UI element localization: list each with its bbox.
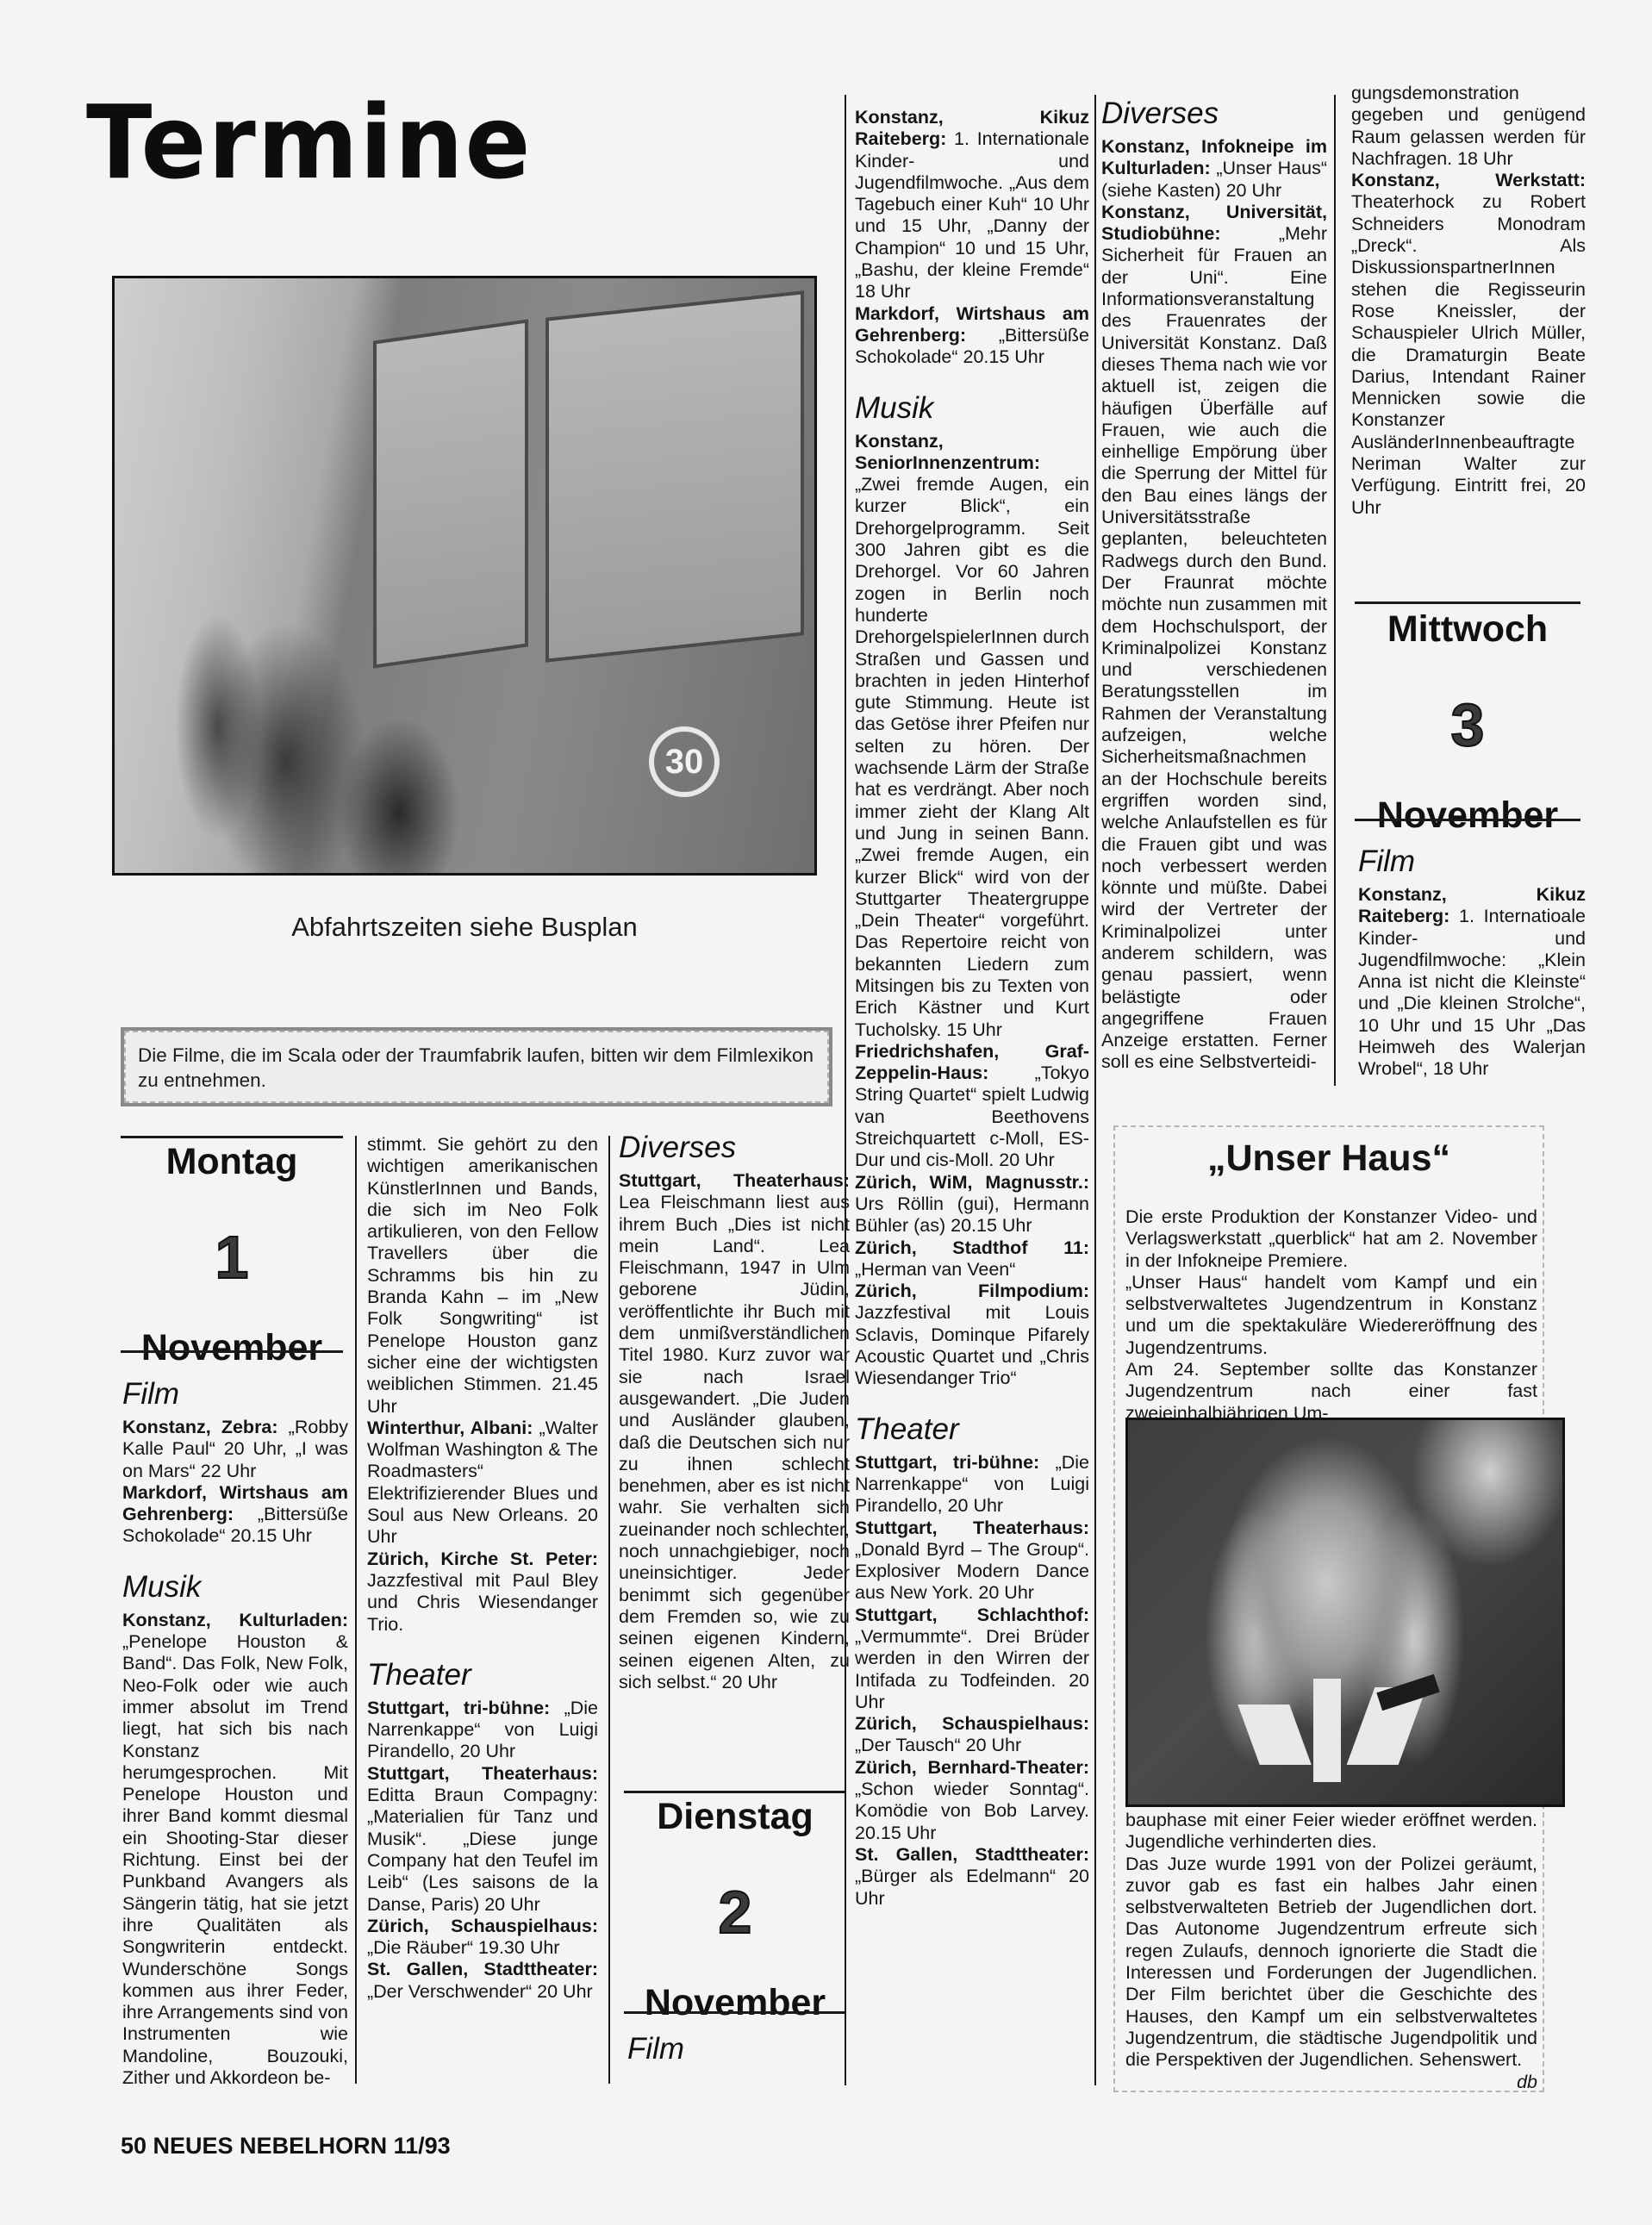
event-entry: Konstanz, Kikuz Raiteberg: 1. Internatio…: [855, 107, 1089, 303]
divider: [624, 2011, 846, 2014]
month: November: [624, 1980, 846, 2025]
divider: [121, 1350, 343, 1353]
column-6: gungsdemonstration gegeben und genügend …: [1351, 83, 1586, 519]
event-entry: Stuttgart, Theaterhaus: „Donald Byrd – T…: [855, 1518, 1089, 1605]
event-text: stimmt. Sie gehört zu den wichtigen amer…: [367, 1134, 598, 1417]
column-6-lower: Film Konstanz, Kikuz Raiteberg: 1. Inter…: [1358, 845, 1586, 1081]
event-venue: Konstanz, Zebra:: [122, 1417, 278, 1437]
section-heading-theater: Theater: [367, 1658, 598, 1692]
event-venue: St. Gallen, Stadttheater:: [367, 1959, 598, 1979]
event-venue: Stuttgart, Theaterhaus:: [855, 1518, 1089, 1538]
column-rule: [845, 95, 846, 2085]
day-header-tuesday: Dienstag 2 November: [624, 1794, 846, 2025]
column-1: Film Konstanz, Zebra: „Robby Kalle Paul“…: [122, 1377, 348, 2089]
event-entry: Zürich, Stadthof 11: „Herman van Veen“: [855, 1237, 1089, 1281]
section-heading-theater: Theater: [855, 1412, 1089, 1447]
event-entry: Konstanz, Kikuz Raiteberg: 1. Internatio…: [1358, 884, 1586, 1081]
section-heading-film: Film: [122, 1377, 348, 1412]
page-title: Termine: [86, 92, 533, 194]
event-entry: Zürich, WiM, Magnusstr.: Urs Röllin (gui…: [855, 1172, 1089, 1237]
paragraph: Das Juze wurde 1991 von der Polizei gerä…: [1125, 1854, 1537, 2072]
event-venue: Konstanz, Kulturladen:: [122, 1610, 348, 1630]
column-3-tail: Film: [627, 2032, 850, 2072]
event-text: „Mehr Sicherheit für Frauen an der Uni“.…: [1101, 223, 1327, 1072]
day-number: 3: [1355, 688, 1580, 762]
photo-caption: Abfahrtszeiten siehe Busplan: [112, 912, 817, 943]
event-entry: Zürich, Kirche St. Peter: Jazzfestival m…: [367, 1549, 598, 1636]
divider: [121, 1136, 343, 1138]
portrait-photo: [1125, 1418, 1565, 1807]
section-heading-film: Film: [627, 2032, 850, 2066]
weekday: Mittwoch: [1355, 607, 1580, 651]
event-entry: Konstanz, Kulturladen: „Penelope Houston…: [122, 1610, 348, 2090]
event-entry: Konstanz, Werkstatt: Theaterhock zu Robe…: [1351, 170, 1586, 519]
event-venue: Zürich, WiM, Magnusstr.:: [855, 1172, 1089, 1193]
event-entry: Markdorf, Wirtshaus am Gehrenberg: „Bitt…: [855, 303, 1089, 369]
section-heading-diverses: Diverses: [1101, 97, 1327, 131]
event-entry: Stuttgart, Schlachthof: „Vermummte“. Dre…: [855, 1605, 1089, 1713]
event-entry: Stuttgart, Theaterhaus: Lea Fleischmann …: [619, 1170, 850, 1693]
event-text: Urs Röllin (gui), Hermann Bühler (as) 20…: [855, 1194, 1089, 1236]
event-entry: Winterthur, Albani: „Walter Wolfman Wash…: [367, 1418, 598, 1549]
divider: [1355, 819, 1580, 821]
bus-photo: 30: [112, 276, 817, 876]
event-entry-continued: stimmt. Sie gehört zu den wichtigen amer…: [367, 1134, 598, 1418]
event-text: „Bürger als Edelmann“ 20 Uhr: [855, 1866, 1089, 1908]
event-entry: Stuttgart, tri-bühne: „Die Narrenkappe“ …: [367, 1698, 598, 1763]
event-text: Editta Braun Compagny: „Materialien für …: [367, 1785, 598, 1914]
event-text: „Der Tausch“ 20 Uhr: [855, 1735, 1021, 1755]
event-venue: Zürich, Schauspielhaus:: [855, 1713, 1089, 1734]
event-venue: Stuttgart, tri-bühne:: [855, 1452, 1039, 1473]
column-rule: [608, 1136, 610, 2084]
event-entry: Zürich, Filmpodium: Jazzfestival mit Lou…: [855, 1281, 1089, 1389]
column-5: Diverses Konstanz, Infokneipe im Kulturl…: [1101, 97, 1327, 1074]
event-entry: Zürich, Schauspielhaus: „Die Räuber“ 19.…: [367, 1916, 598, 1960]
event-text: „Zwei fremde Augen, ein kurzer Blick“, e…: [855, 474, 1089, 1039]
paragraph: Die erste Produktion der Konstanzer Vide…: [1125, 1206, 1537, 1272]
paragraph-text: Das Juze wurde 1991 von der Polizei gerä…: [1125, 1854, 1537, 2071]
event-venue: Konstanz, SeniorInnenzentrum:: [855, 431, 1040, 473]
column-rule: [1094, 95, 1096, 2085]
weekday: Dienstag: [624, 1794, 846, 1839]
event-entry-continued: gungsdemonstration gegeben und genügend …: [1351, 83, 1586, 170]
event-text: 1. Internatioale Kinder- und Jugendfilmw…: [1358, 906, 1586, 1079]
event-venue: Zürich, Filmpodium:: [855, 1281, 1089, 1301]
event-text: „Donald Byrd – The Group“. Explosiver Mo…: [855, 1539, 1089, 1604]
column-3-lower: Diverses Stuttgart, Theaterhaus: Lea Fle…: [619, 1131, 850, 1693]
day-number: 2: [624, 1875, 846, 1949]
event-entry: Konstanz, Universität, Studiobühne: „Meh…: [1101, 202, 1327, 1074]
column-rule: [355, 1136, 357, 2084]
event-text: Jazzfestival mit Louis Sclavis, Dominque…: [855, 1302, 1089, 1388]
event-venue: Zürich, Kirche St. Peter:: [367, 1549, 598, 1569]
day-header-monday: Montag 1 November: [121, 1139, 343, 1370]
event-venue: Konstanz, Werkstatt:: [1351, 170, 1586, 190]
event-text: „Schon wieder Sonntag“. Komödie von Bob …: [855, 1779, 1089, 1843]
day-number: 1: [121, 1220, 343, 1294]
event-venue: Stuttgart, Schlachthof:: [855, 1605, 1089, 1625]
event-entry: Zürich, Schauspielhaus: „Der Tausch“ 20 …: [855, 1713, 1089, 1757]
event-text: „Vermummte“. Drei Brüder werden in den W…: [855, 1626, 1089, 1712]
event-venue: Zürich, Schauspielhaus:: [367, 1916, 598, 1936]
event-text: Lea Fleischmann liest aus ihrem Buch „Di…: [619, 1192, 850, 1692]
divider: [624, 1791, 846, 1793]
event-venue: Zürich, Stadthof 11:: [855, 1237, 1089, 1258]
divider: [1355, 601, 1580, 604]
event-entry: Markdorf, Wirtshaus am Gehrenberg: „Bitt…: [122, 1482, 348, 1548]
film-notice-box: Die Filme, die im Scala oder der Traumfa…: [121, 1027, 832, 1106]
unser-haus-body: bauphase mit einer Feier wieder eröffnet…: [1125, 1810, 1537, 2093]
event-entry: Friedrichshafen, Graf-Zeppelin-Haus: „To…: [855, 1041, 1089, 1172]
event-text: Jazzfestival mit Paul Bley und Chris Wie…: [367, 1570, 598, 1635]
bus-window: [545, 290, 804, 663]
magazine-page: Termine 30 Abfahrtszeiten siehe Busplan …: [0, 0, 1652, 2225]
section-heading-musik: Musik: [122, 1570, 348, 1605]
event-entry: Zürich, Bernhard-Theater: „Schon wieder …: [855, 1757, 1089, 1844]
section-heading-diverses: Diverses: [619, 1131, 850, 1165]
month: November: [1355, 793, 1580, 838]
event-text: „Herman van Veen“: [855, 1259, 1015, 1280]
page-footer: 50 NEUES NEBELHORN 11/93: [121, 2133, 451, 2160]
event-venue: Stuttgart, Theaterhaus:: [367, 1763, 598, 1784]
day-header-wednesday: Mittwoch 3 November: [1355, 607, 1580, 838]
month: November: [121, 1325, 343, 1370]
weekday: Montag: [121, 1139, 343, 1184]
event-text: „Penelope Houston & Band“. Das Folk, New…: [122, 1631, 348, 2088]
author-signature: db: [1517, 2072, 1537, 2093]
event-text: „Die Räuber“ 19.30 Uhr: [367, 1937, 559, 1958]
paragraph: „Unser Haus“ handelt vom Kampf und ein s…: [1125, 1272, 1537, 1359]
event-text: „Der Verschwender“ 20 Uhr: [367, 1981, 593, 2002]
event-entry: Stuttgart, Theaterhaus: Editta Braun Com…: [367, 1763, 598, 1916]
event-venue: Zürich, Bernhard-Theater:: [855, 1757, 1089, 1778]
event-venue: Stuttgart, tri-bühne:: [367, 1698, 550, 1718]
event-entry: Konstanz, Zebra: „Robby Kalle Paul“ 20 U…: [122, 1417, 348, 1482]
paragraph: bauphase mit einer Feier wieder eröffnet…: [1125, 1810, 1537, 1854]
collar: [1313, 1679, 1341, 1782]
event-text: gungsdemonstration gegeben und genügend …: [1351, 83, 1586, 169]
event-entry: Stuttgart, tri-bühne: „Die Narrenkappe“ …: [855, 1452, 1089, 1518]
section-heading-film: Film: [1358, 845, 1586, 879]
event-venue: Winterthur, Albani:: [367, 1418, 533, 1438]
unser-haus-title: „Unser Haus“: [1113, 1136, 1544, 1181]
bus-window: [373, 319, 528, 668]
column-2: stimmt. Sie gehört zu den wichtigen amer…: [367, 1134, 598, 2003]
event-entry: Konstanz, SeniorInnenzentrum: „Zwei frem…: [855, 431, 1089, 1041]
paragraph: Am 24. September sollte das Konstanzer J…: [1125, 1359, 1537, 1424]
collar: [1237, 1705, 1311, 1765]
event-venue: St. Gallen, Stadttheater:: [855, 1844, 1089, 1865]
event-text: 1. Internationale Kinder- und Jugendfilm…: [855, 128, 1089, 302]
event-entry: Konstanz, Infokneipe im Kulturladen: „Un…: [1101, 136, 1327, 202]
event-entry: St. Gallen, Stadttheater: „Bürger als Ed…: [855, 1844, 1089, 1910]
column-rule: [1334, 95, 1336, 1086]
event-entry: St. Gallen, Stadttheater: „Der Verschwen…: [367, 1959, 598, 2003]
section-heading-musik: Musik: [855, 391, 1089, 426]
event-venue: Stuttgart, Theaterhaus:: [619, 1170, 850, 1191]
column-4: Konstanz, Kikuz Raiteberg: 1. Internatio…: [855, 107, 1089, 1910]
unser-haus-intro: Die erste Produktion der Konstanzer Vide…: [1125, 1206, 1537, 1424]
event-text: Theaterhock zu Robert Schneiders Monodra…: [1351, 191, 1586, 517]
bus-route-number: 30: [649, 726, 720, 797]
